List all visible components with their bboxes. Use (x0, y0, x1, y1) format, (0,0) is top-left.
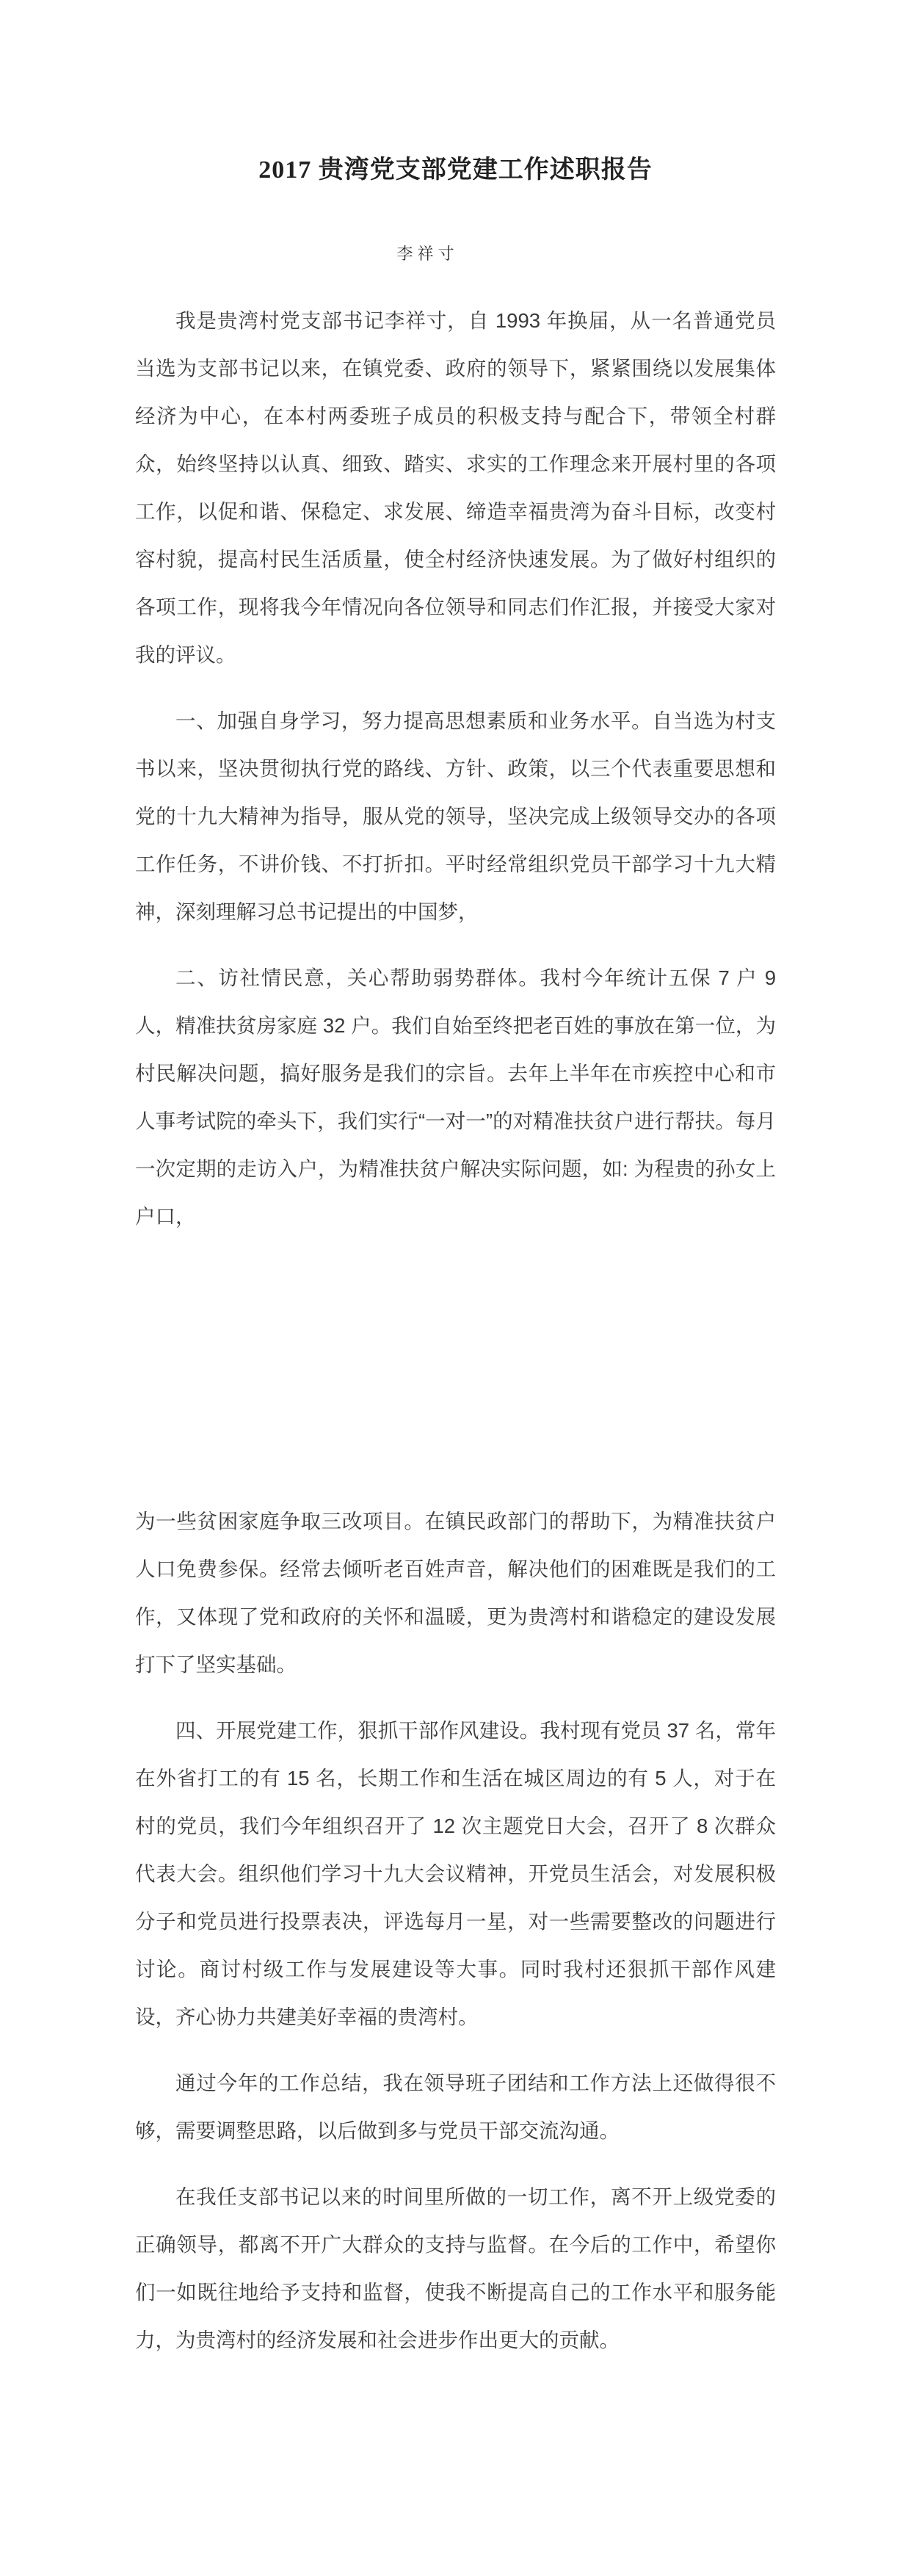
paragraph-closing: 在我任支部书记以来的时间里所做的一切工作，离不开上级党委的正确领导，都离不开广大… (135, 2173, 776, 2364)
paragraph-self-review: 通过今年的工作总结，我在领导班子团结和工作方法上还做得很不够，需要调整思路，以后… (135, 2059, 776, 2154)
paragraph-section-1: 一、加强自身学习，努力提高思想素质和业务水平。自当选为村支书以来，坚决贯彻执行党… (135, 697, 776, 936)
document-body: 我是贵湾村党支部书记李祥寸，自 1993 年换届，从一名普通党员当选为支部书记以… (135, 297, 776, 2364)
paragraph-section-4: 四、开展党建工作，狠抓干部作风建设。我村现有党员 37 名，常年在外省打工的有 … (135, 1707, 776, 2041)
author-byline: 李祥寸 (0, 245, 883, 264)
document-page: 2017 贵湾党支部党建工作述职报告 李祥寸 我是贵湾村党支部书记李祥寸，自 1… (0, 0, 911, 2576)
paragraph-section-2-part-a: 二、访社情民意，关心帮助弱势群体。我村今年统计五保 7 户 9 人，精准扶贫房家… (135, 954, 776, 1240)
document-title: 2017 贵湾党支部党建工作述职报告 (0, 0, 911, 186)
paragraph-section-2-part-b: 为一些贫困家庭争取三改项目。在镇民政部门的帮助下，为精准扶贫户人口免费参保。经常… (135, 1497, 776, 1688)
paragraph-intro: 我是贵湾村党支部书记李祥寸，自 1993 年换届，从一名普通党员当选为支部书记以… (135, 297, 776, 679)
page-break-gap (135, 1259, 776, 1497)
